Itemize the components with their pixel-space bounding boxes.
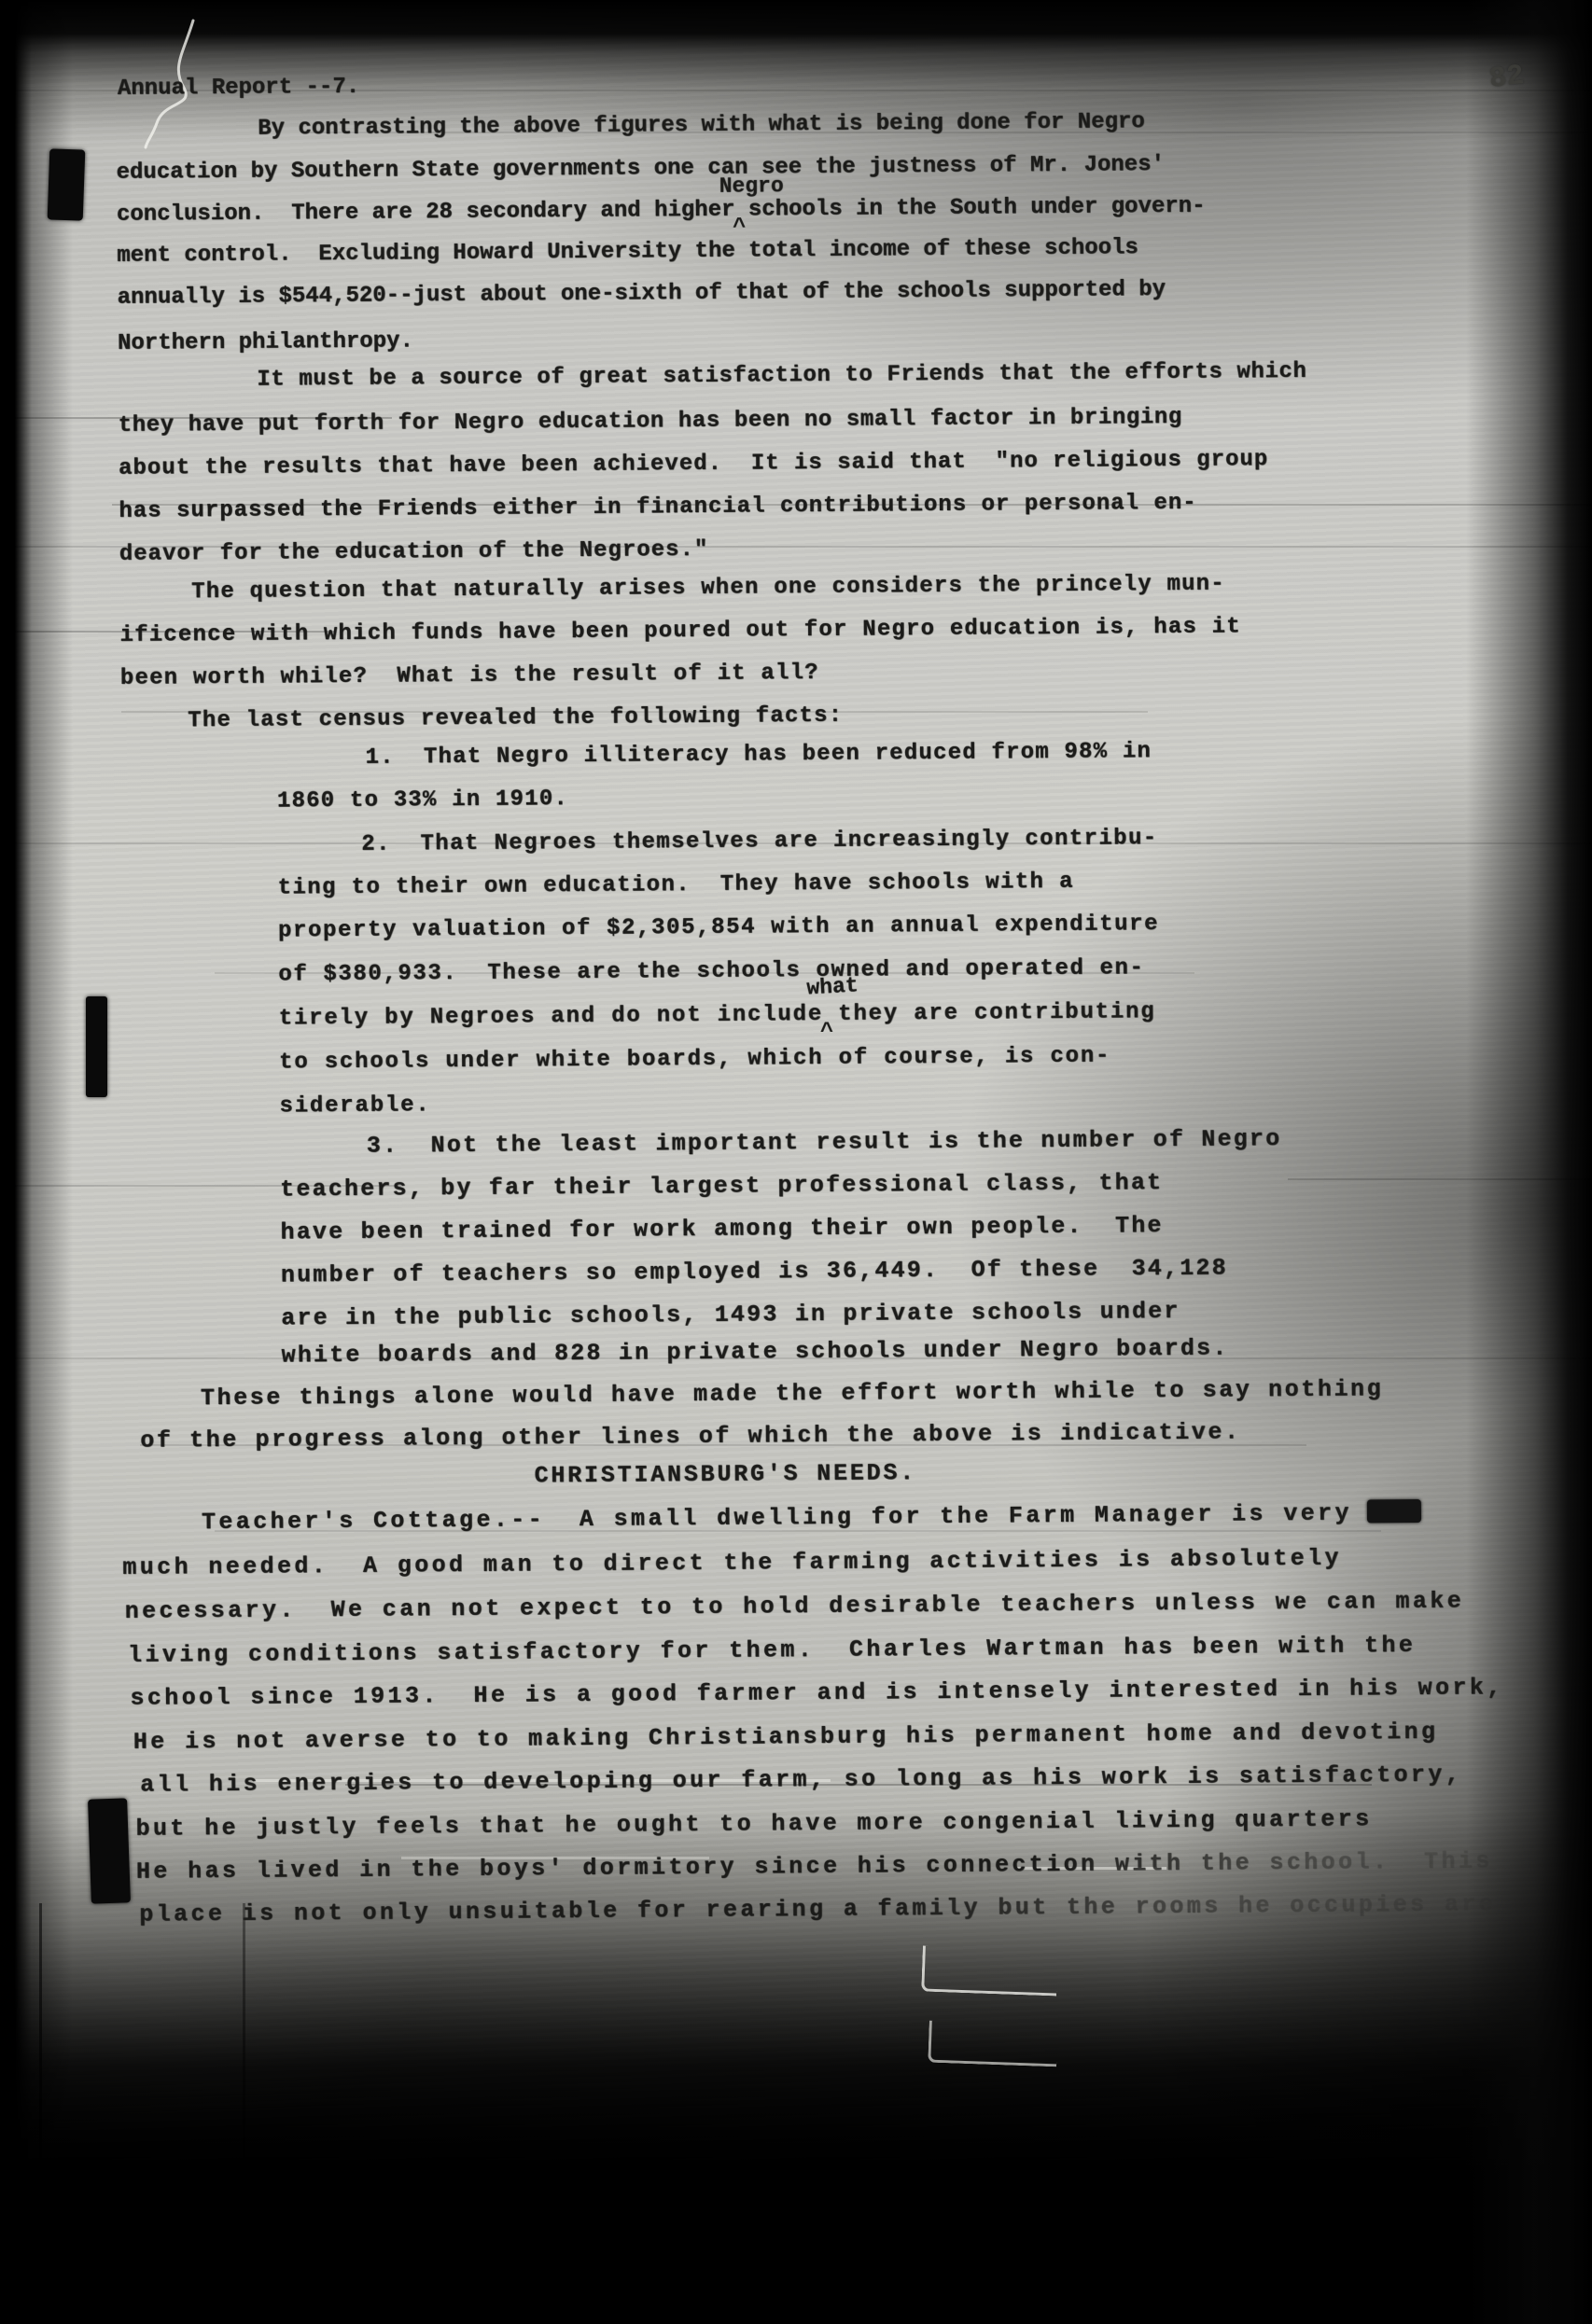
text-line: It must be a source of great satisfactio… (257, 359, 1306, 393)
text-line: 1. That Negro illiteracy has been reduce… (365, 739, 1152, 771)
text-line: He has lived in the boys' dormitory sinc… (136, 1847, 1493, 1885)
text-line: conclusion. There are 28 secondary and h… (117, 194, 1206, 228)
text-line: property valuation of $2,305,854 with an… (278, 912, 1159, 943)
text-line: necessary. We can not expect to to hold … (125, 1588, 1465, 1625)
text-line: Teacher's Cottage.-- A small dwelling fo… (202, 1499, 1421, 1536)
text-line: all his energies to developing our farm,… (140, 1761, 1462, 1799)
text-line: but he justly feels that he ought to hav… (135, 1805, 1372, 1842)
text-line: school since 1913. He is a good farmer a… (130, 1674, 1503, 1712)
typewritten-text: Annual Report --7. By contrasting the ab… (0, 0, 1592, 2324)
text-line: been worth while? What is the result of … (120, 661, 819, 691)
text-line: 3. Not the least important result is the… (367, 1125, 1282, 1160)
text-line: 2. That Negroes themselves are increasin… (361, 826, 1158, 857)
page-number: 82 (1487, 60, 1526, 96)
text-line: have been trained for work among their o… (280, 1212, 1163, 1245)
text-line: to schools under white boards, which of … (279, 1044, 1110, 1076)
text-line: 1860 to 33% in 1910. (277, 786, 568, 814)
body-text: By contrasting the above figures with wh… (0, 0, 1583, 1)
text-line: much needed. A good man to direct the fa… (122, 1545, 1342, 1581)
text-line: of $380,933. These are the schools owned… (278, 955, 1144, 987)
section-heading: CHRISTIANSBURG'S NEEDS. (535, 1459, 917, 1489)
text-line: place is not only unsuitable for rearing… (139, 1890, 1496, 1927)
inserted-word: Negro (719, 174, 784, 199)
text-line: These things alone would have made the e… (201, 1375, 1384, 1412)
text-line: By contrasting the above figures with wh… (258, 109, 1145, 141)
text-line: tirely by Negroes and do not include the… (279, 999, 1156, 1031)
text-line: ificence with which funds have been pour… (119, 614, 1241, 647)
text-line: siderable. (279, 1092, 430, 1119)
text-line: ment control. Excluding Howard Universit… (117, 235, 1138, 269)
text-line: white boards and 828 in private schools … (281, 1335, 1228, 1370)
text-line: are in the public schools, 1493 in priva… (281, 1298, 1180, 1332)
page-header: Annual Report --7. (118, 75, 359, 102)
blotted-out-word (1367, 1499, 1421, 1523)
text-line: deavor for the education of the Negroes.… (119, 537, 709, 567)
caret-mark: ^ (733, 216, 747, 241)
text-line: teachers, by far their largest professio… (280, 1169, 1163, 1203)
text-line: He is not averse to to making Christians… (133, 1719, 1439, 1756)
text-line: they have put forth for Negro education … (119, 405, 1182, 438)
text-line: The question that naturally arises when … (191, 572, 1225, 605)
text-line: The last census revealed the following f… (188, 703, 843, 734)
text-line: of the progress along other lines of whi… (140, 1419, 1241, 1454)
caret-mark: ^ (820, 1020, 834, 1045)
text-line: ting to their own education. They have s… (278, 870, 1075, 901)
text-line: has surpassed the Friends either in fina… (119, 491, 1196, 524)
text-line: living conditions satisfactory for them.… (128, 1632, 1416, 1669)
text-line: about the results that have been achieve… (119, 447, 1268, 481)
scanned-document-page: Annual Report --7. By contrasting the ab… (0, 0, 1592, 2324)
text-line: education by Southern State governments … (117, 152, 1166, 186)
text-line: number of teachers so employed is 36,449… (281, 1255, 1228, 1289)
inserted-word: what (806, 973, 859, 1000)
text-line: annually is $544,520--just about one-six… (118, 277, 1166, 311)
text-line: Northern philanthropy. (118, 328, 413, 355)
